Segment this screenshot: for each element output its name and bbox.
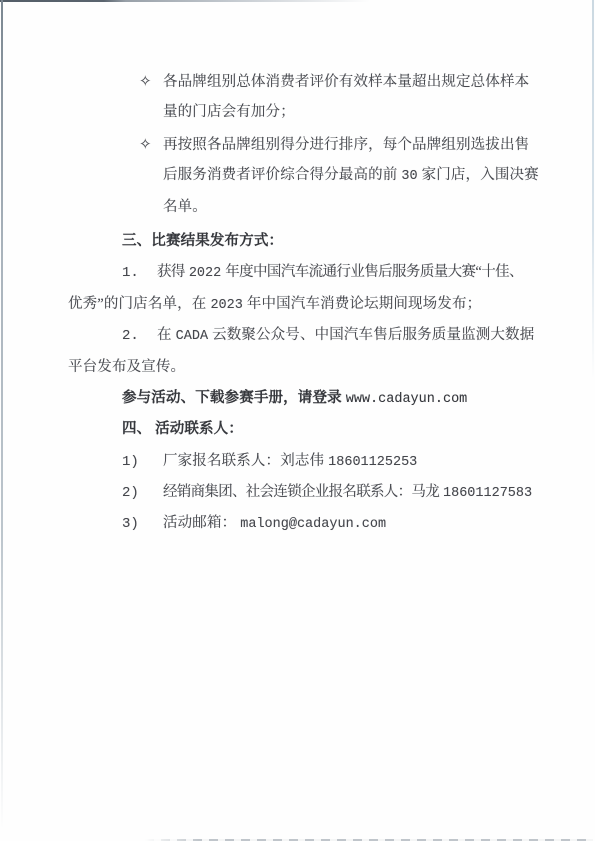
note-text: 参与活动、下载参赛手册，请登录 (122, 390, 342, 406)
line-text: 各品牌组别总体消费者评价有效样本量超出规定总体样本 (163, 74, 529, 90)
line-text: 云数聚公众号、中国汽车售后服务质量监测大数据 (212, 327, 534, 343)
inline-acronym: CADA (176, 329, 208, 344)
line-text: 再按照各品牌组别得分进行排序，每个品牌组别选拔出售 (163, 137, 529, 153)
paragraph-continuation: 优秀”的门店名单，在2023年中国汽车消费论坛期间现场发布； (0, 289, 595, 320)
heading-text: 三、比赛结果发布方式： (122, 233, 283, 249)
line-text: 优秀”的门店名单，在 (68, 296, 206, 312)
contact-text: 厂家报名联系人：刘志伟 (163, 453, 324, 469)
list-number: 2) (122, 478, 163, 509)
contact-text: 活动邮箱： (163, 515, 236, 531)
bullet-item-continuation: 量的门店会有加分； (0, 97, 595, 128)
list-number: 2. (122, 321, 157, 352)
contact-line: 1)厂家报名联系人：刘志伟18601125253 (0, 446, 595, 477)
paragraph-continuation: 平台发布及宣传。 (0, 352, 595, 383)
line-text: 名单。 (163, 199, 207, 215)
line-text: 平台发布及宣传。 (68, 359, 185, 375)
list-number: 1. (122, 258, 157, 289)
section-heading-4: 四、 活动联系人： (0, 414, 595, 445)
scanned-document-page: ✧各品牌组别总体消费者评价有效样本量超出规定总体样本 量的门店会有加分； ✧再按… (0, 0, 595, 841)
list-number: 3) (122, 509, 163, 540)
email-address: malong@cadayun.com (240, 517, 386, 532)
line-text: 后服务消费者评价综合得分最高的前 (163, 167, 397, 183)
numbered-paragraph: 2.在CADA云数聚公众号、中国汽车售后服务质量监测大数据 (0, 320, 595, 351)
diamond-bullet-icon: ✧ (139, 66, 163, 97)
document-body: ✧各品牌组别总体消费者评价有效样本量超出规定总体样本 量的门店会有加分； ✧再按… (0, 66, 595, 540)
scan-artifact-top-line (0, 0, 370, 2)
line-text: 量的门店会有加分； (163, 104, 295, 120)
numbered-paragraph: 1.获得2022年度中国汽车流通行业售后服务质量大赛“十佳、 (0, 257, 595, 288)
inline-year: 2023 (210, 298, 242, 313)
participation-note: 参与活动、下载参赛手册，请登录www.cadayun.com (0, 383, 595, 414)
phone-number: 18601127583 (443, 486, 532, 501)
list-number: 1) (122, 447, 163, 478)
inline-number: 30 (401, 169, 417, 184)
line-text: 年中国汽车消费论坛期间现场发布； (247, 296, 481, 312)
inline-year: 2022 (189, 266, 221, 281)
contact-line: 2)经销商集团、社会连锁企业报名联系人：马龙18601127583 (0, 477, 595, 508)
section-heading-3: 三、比赛结果发布方式： (0, 226, 595, 257)
line-text: 年度中国汽车流通行业售后服务质量大赛“十佳、 (225, 264, 523, 280)
phone-number: 18601125253 (328, 455, 417, 470)
heading-text: 四、 活动联系人： (122, 421, 243, 437)
line-text: 获得 (157, 264, 185, 280)
bullet-item: ✧各品牌组别总体消费者评价有效样本量超出规定总体样本 (0, 66, 595, 97)
bullet-item-continuation: 后服务消费者评价综合得分最高的前30家门店，入围决赛 (0, 160, 595, 191)
diamond-bullet-icon: ✧ (139, 129, 163, 160)
contact-text: 经销商集团、社会连锁企业报名联系人：马龙 (163, 484, 439, 500)
website-url: www.cadayun.com (346, 392, 468, 407)
line-text: 家门店，入围决赛 (422, 167, 539, 183)
bullet-item: ✧再按照各品牌组别得分进行排序，每个品牌组别选拔出售 (0, 129, 595, 160)
contact-line: 3)活动邮箱：malong@cadayun.com (0, 508, 595, 539)
bullet-item-continuation: 名单。 (0, 192, 595, 223)
line-text: 在 (157, 327, 172, 343)
